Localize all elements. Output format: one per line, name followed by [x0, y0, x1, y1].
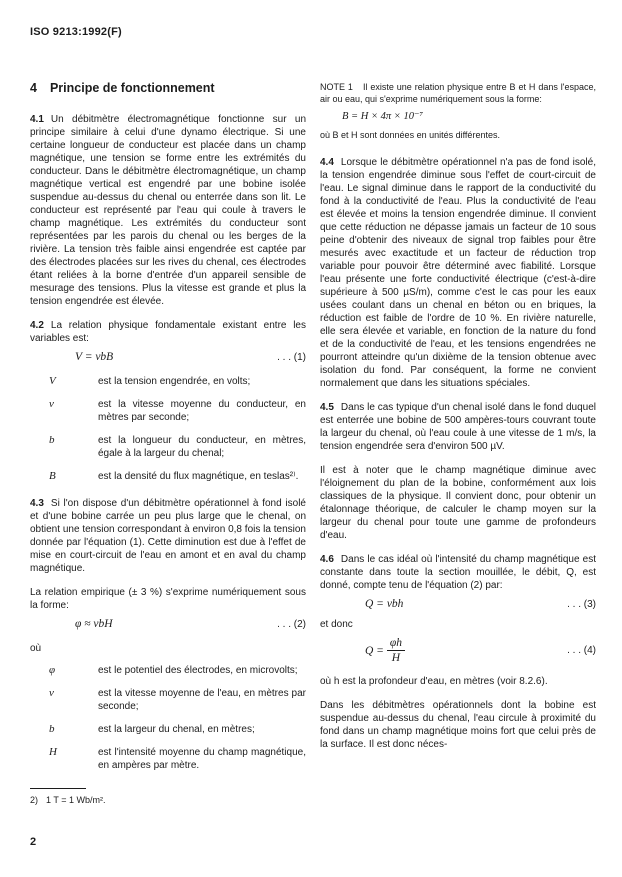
- right-column: NOTE 1Il existe une relation physique en…: [320, 82, 596, 806]
- definition-H: H est l'intensité moyenne du champ magné…: [30, 746, 306, 772]
- equation-3-ref: . . . (3): [567, 598, 596, 611]
- equation-4-formula: Q = φhH: [365, 637, 405, 665]
- equation-4-ref: . . . (4): [567, 644, 596, 657]
- paragraph-number: 4.1: [30, 114, 44, 125]
- definition-text: est la vitesse moyenne du conducteur, en…: [98, 398, 306, 424]
- definition-text: est l'intensité moyenne du champ magnéti…: [98, 746, 306, 772]
- definition-text: est la tension engendrée, en volts;: [98, 375, 306, 388]
- footnote-text: 1 T = 1 Wb/m².: [46, 795, 105, 805]
- paragraph-4-5b: Il est à noter que le champ magnétique d…: [320, 464, 596, 542]
- symbol-B: B: [30, 470, 98, 483]
- fraction: φhH: [387, 637, 405, 665]
- equation-1: V = vbB . . . (1): [30, 351, 306, 364]
- section-number: 4: [30, 81, 37, 95]
- paragraph-text: Un débitmètre électromagnétique fonction…: [30, 114, 306, 307]
- equation-2-formula: φ ≈ vbH: [75, 618, 113, 631]
- paragraph-text: Si l'on dispose d'un débitmètre opératio…: [30, 498, 306, 574]
- symbol-phi: φ: [30, 664, 98, 677]
- definition-V: V est la tension engendrée, en volts;: [30, 375, 306, 388]
- equation-4-lhs: Q =: [365, 644, 384, 656]
- footnote-area: 2)1 T = 1 Wb/m².: [30, 788, 306, 806]
- paragraph-4-3: 4.3Si l'on dispose d'un débitmètre opéra…: [30, 497, 306, 575]
- footnote: 2)1 T = 1 Wb/m².: [30, 795, 306, 806]
- paragraph-number: 4.6: [320, 554, 334, 565]
- symbol-H: H: [30, 746, 98, 772]
- section-heading: 4Principe de fonctionnement: [30, 82, 306, 95]
- note-1-formula: B = H × 4π × 10⁻⁷: [320, 110, 596, 123]
- note-text: Il existe une relation physique entre B …: [320, 82, 596, 104]
- paragraph-4-1: 4.1Un débitmètre électromagnétique fonct…: [30, 113, 306, 308]
- paragraph-4-3b: La relation empirique (± 3 %) s'exprime …: [30, 586, 306, 612]
- paragraph-number: 4.2: [30, 320, 44, 331]
- fraction-numerator: φh: [387, 637, 405, 652]
- paragraph-4-6c: Dans les débitmètres opérationnels dont …: [320, 699, 596, 751]
- paragraph-4-6: 4.6Dans le cas idéal où l'intensité du c…: [320, 553, 596, 592]
- document-page: ISO 9213:1992(F) 4Principe de fonctionne…: [0, 0, 622, 877]
- paragraph-text: Dans le cas idéal où l'intensité du cham…: [320, 554, 596, 591]
- section-title: Principe de fonctionnement: [50, 81, 215, 95]
- definition-text: est le potentiel des électrodes, en micr…: [98, 664, 306, 677]
- paragraph-text: Lorsque le débitmètre opérationnel n'a p…: [320, 157, 596, 389]
- paragraph-text: Dans le cas typique d'un chenal isolé da…: [320, 402, 596, 452]
- equation-3: Q = vbh . . . (3): [320, 598, 596, 611]
- definition-v2: v est la vitesse moyenne de l'eau, en mè…: [30, 687, 306, 713]
- footnote-marker: 2): [30, 795, 38, 805]
- paragraph-4-6b: où h est la profondeur d'eau, en mètres …: [320, 675, 596, 688]
- symbol-V: V: [30, 375, 98, 388]
- fraction-denominator: H: [387, 651, 405, 665]
- symbol-v: v: [30, 398, 98, 424]
- note-1-after: où B et H sont données en unités différe…: [320, 130, 596, 142]
- ou-label: où: [30, 642, 306, 655]
- paragraph-text: La relation physique fondamentale exista…: [30, 320, 306, 344]
- footnote-rule: [30, 788, 86, 789]
- equation-2-ref: . . . (2): [277, 618, 306, 631]
- document-reference: ISO 9213:1992(F): [0, 0, 622, 38]
- equation-3-formula: Q = vbh: [365, 598, 403, 611]
- definition-phi: φ est le potentiel des électrodes, en mi…: [30, 664, 306, 677]
- et-donc-label: et donc: [320, 618, 596, 631]
- symbol-v: v: [30, 687, 98, 713]
- paragraph-number: 4.3: [30, 498, 44, 509]
- definition-v: v est la vitesse moyenne du conducteur, …: [30, 398, 306, 424]
- equation-2: φ ≈ vbH . . . (2): [30, 618, 306, 631]
- definition-text: est la vitesse moyenne de l'eau, en mètr…: [98, 687, 306, 713]
- definition-text: est la longueur du conducteur, en mètres…: [98, 434, 306, 460]
- paragraph-number: 4.4: [320, 157, 334, 168]
- equation-4: Q = φhH . . . (4): [320, 637, 596, 665]
- page-number: 2: [30, 836, 36, 848]
- two-column-layout: 4Principe de fonctionnement 4.1Un débitm…: [0, 38, 622, 806]
- definition-b: b est la longueur du conducteur, en mètr…: [30, 434, 306, 460]
- paragraph-4-2: 4.2La relation physique fondamentale exi…: [30, 319, 306, 345]
- definition-B: B est la densité du flux magnétique, en …: [30, 470, 306, 483]
- symbol-b: b: [30, 723, 98, 736]
- note-label: NOTE 1: [320, 82, 353, 92]
- equation-1-formula: V = vbB: [75, 351, 113, 364]
- paragraph-4-4: 4.4Lorsque le débitmètre opérationnel n'…: [320, 156, 596, 390]
- definition-text: est la largeur du chenal, en mètres;: [98, 723, 306, 736]
- symbol-b: b: [30, 434, 98, 460]
- definition-text: est la densité du flux magnétique, en te…: [98, 470, 306, 483]
- left-column: 4Principe de fonctionnement 4.1Un débitm…: [30, 82, 306, 806]
- paragraph-number: 4.5: [320, 402, 334, 413]
- equation-1-ref: . . . (1): [277, 351, 306, 364]
- paragraph-4-5: 4.5Dans le cas typique d'un chenal isolé…: [320, 401, 596, 453]
- definition-b2: b est la largeur du chenal, en mètres;: [30, 723, 306, 736]
- note-1: NOTE 1Il existe une relation physique en…: [320, 82, 596, 105]
